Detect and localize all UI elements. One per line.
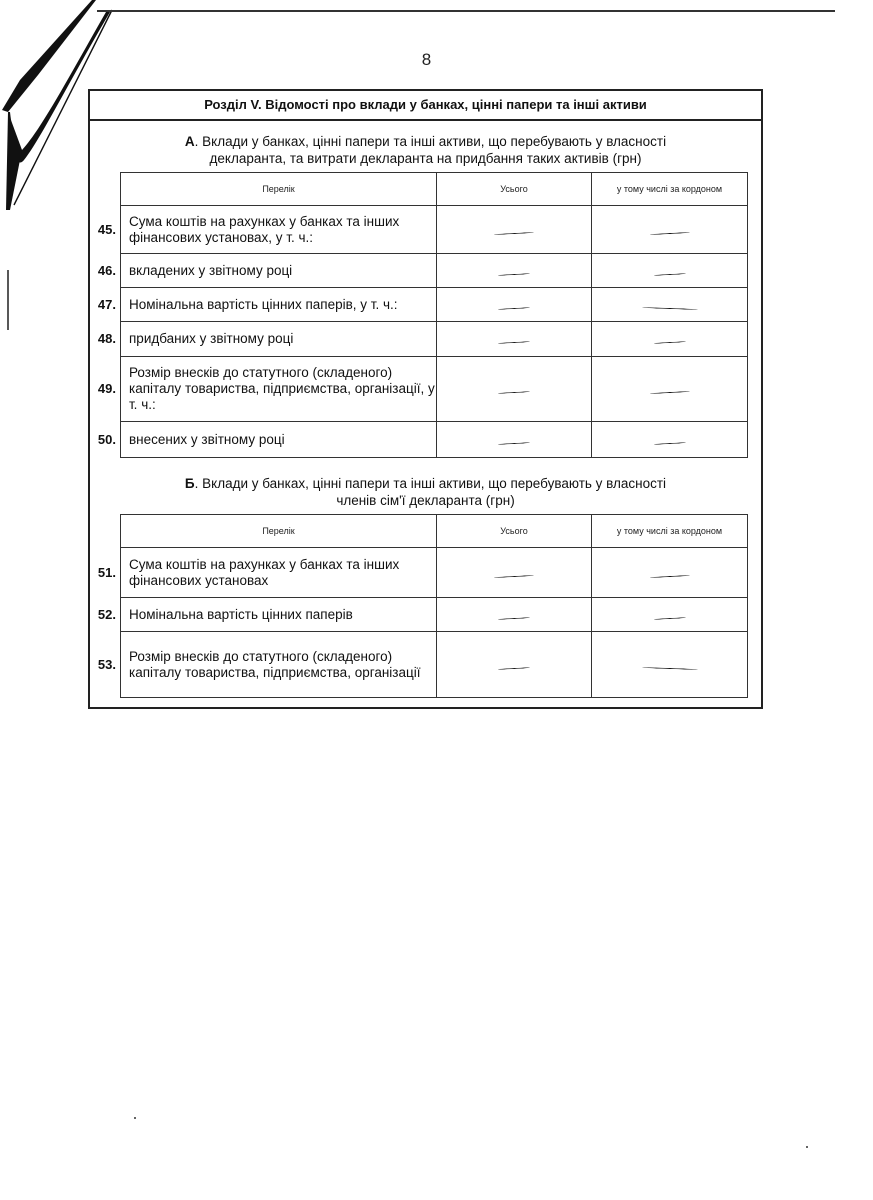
row-number: 46. (88, 263, 116, 279)
row-description-cell: 48.придбаних у звітному році (121, 322, 437, 357)
value-cell-total[interactable] (437, 422, 592, 458)
section-title: Розділ V. Відомості про вклади у банках,… (88, 89, 763, 121)
handwritten-dash-total (498, 341, 530, 344)
row-description-cell: 49.Розмір внесків до статутного (складен… (121, 357, 437, 422)
table-row: 47.Номінальна вартість цінних паперів, у… (121, 288, 748, 322)
value-cell-total[interactable] (437, 288, 592, 322)
value-cell-total[interactable] (437, 548, 592, 598)
row-description-cell: 52.Номінальна вартість цінних паперів (121, 598, 437, 632)
value-cell-total[interactable] (437, 598, 592, 632)
row-description-cell: 53.Розмір внесків до статутного (складен… (121, 632, 437, 698)
column-header-total: Усього (437, 515, 592, 548)
handwritten-dash-total (494, 231, 534, 234)
part-a-letter: А (185, 134, 195, 149)
handwritten-dash-total (498, 307, 530, 310)
value-cell-abroad[interactable] (592, 288, 748, 322)
top-rule (97, 10, 835, 12)
table-header-row: Перелік Усього у тому числі за кордоном (121, 173, 748, 206)
column-header-abroad: у тому числі за кордоном (592, 515, 748, 548)
handwritten-dash-abroad (650, 391, 690, 394)
value-cell-abroad[interactable] (592, 206, 748, 254)
column-header-total: Усього (437, 173, 592, 206)
value-cell-total[interactable] (437, 322, 592, 357)
part-a-title-line2: декларанта, та витрати декларанта на при… (88, 150, 763, 167)
handwritten-dash-total (498, 273, 530, 276)
row-label: вкладених у звітному році (129, 263, 292, 278)
table-row: 51.Сума коштів на рахунках у банках та і… (121, 548, 748, 598)
row-label: внесених у звітному році (129, 432, 285, 447)
part-a-title-line1: . Вклади у банках, цінні папери та інші … (195, 134, 666, 149)
value-cell-abroad[interactable] (592, 322, 748, 357)
row-label: Розмір внесків до статутного (складеного… (129, 649, 420, 680)
page-number: 8 (0, 50, 853, 70)
table-row: 50.внесених у звітному році (121, 422, 748, 458)
handwritten-dash-abroad (641, 667, 697, 670)
part-b-letter: Б (185, 476, 195, 491)
row-label: придбаних у звітному році (129, 331, 293, 346)
scan-speck (134, 1117, 136, 1119)
handwritten-dash-abroad (650, 574, 690, 577)
handwritten-dash-abroad (653, 617, 685, 620)
handwritten-dash-total (498, 667, 530, 670)
part-b-title-line2: членів сім'ї декларанта (грн) (88, 492, 763, 509)
handwritten-dash-total (498, 442, 530, 445)
row-number: 53. (88, 657, 116, 673)
table-header-row: Перелік Усього у тому числі за кордоном (121, 515, 748, 548)
row-description-cell: 50.внесених у звітному році (121, 422, 437, 458)
value-cell-abroad[interactable] (592, 254, 748, 288)
value-cell-abroad[interactable] (592, 422, 748, 458)
row-number: 48. (88, 331, 116, 347)
value-cell-abroad[interactable] (592, 632, 748, 698)
row-description-cell: 47.Номінальна вартість цінних паперів, у… (121, 288, 437, 322)
table-row: 48.придбаних у звітному році (121, 322, 748, 357)
column-header-list: Перелік (121, 515, 437, 548)
row-description-cell: 45.Сума коштів на рахунках у банках та і… (121, 206, 437, 254)
row-label: Сума коштів на рахунках у банках та інши… (129, 557, 399, 588)
value-cell-total[interactable] (437, 357, 592, 422)
part-b-table: Перелік Усього у тому числі за кордоном … (120, 514, 748, 698)
scan-speck (806, 1146, 808, 1148)
part-b-title: Б. Вклади у банках, цінні папери та інші… (88, 475, 763, 509)
table-row: 52.Номінальна вартість цінних паперів (121, 598, 748, 632)
table-row: 45.Сума коштів на рахунках у банках та і… (121, 206, 748, 254)
table-row: 53.Розмір внесків до статутного (складен… (121, 632, 748, 698)
part-a-table: Перелік Усього у тому числі за кордоном … (120, 172, 748, 458)
value-cell-abroad[interactable] (592, 357, 748, 422)
row-number: 49. (88, 381, 116, 397)
table-row: 46.вкладених у звітному році (121, 254, 748, 288)
handwritten-dash-abroad (650, 231, 690, 234)
row-label: Номінальна вартість цінних паперів (129, 607, 353, 622)
row-number: 50. (88, 432, 116, 448)
handwritten-dash-total (498, 391, 530, 394)
column-header-list: Перелік (121, 173, 437, 206)
row-label: Номінальна вартість цінних паперів, у т.… (129, 297, 398, 312)
value-cell-abroad[interactable] (592, 548, 748, 598)
row-description-cell: 51.Сума коштів на рахунках у банках та і… (121, 548, 437, 598)
handwritten-dash-total (498, 617, 530, 620)
row-label: Сума коштів на рахунках у банках та інши… (129, 214, 399, 245)
value-cell-abroad[interactable] (592, 598, 748, 632)
row-number: 47. (88, 297, 116, 313)
part-a-title: А. Вклади у банках, цінні папери та інші… (88, 133, 763, 167)
handwritten-dash-abroad (653, 273, 685, 276)
handwritten-dash-abroad (641, 307, 697, 310)
value-cell-total[interactable] (437, 254, 592, 288)
row-number: 51. (88, 565, 116, 581)
row-number: 45. (88, 222, 116, 238)
part-b-title-line1: . Вклади у банках, цінні папери та інші … (195, 476, 666, 491)
value-cell-total[interactable] (437, 632, 592, 698)
handwritten-dash-abroad (653, 442, 685, 445)
value-cell-total[interactable] (437, 206, 592, 254)
table-row: 49.Розмір внесків до статутного (складен… (121, 357, 748, 422)
row-description-cell: 46.вкладених у звітному році (121, 254, 437, 288)
row-label: Розмір внесків до статутного (складеного… (129, 365, 435, 412)
handwritten-dash-abroad (653, 341, 685, 344)
row-number: 52. (88, 607, 116, 623)
handwritten-dash-total (494, 574, 534, 577)
column-header-abroad: у тому числі за кордоном (592, 173, 748, 206)
